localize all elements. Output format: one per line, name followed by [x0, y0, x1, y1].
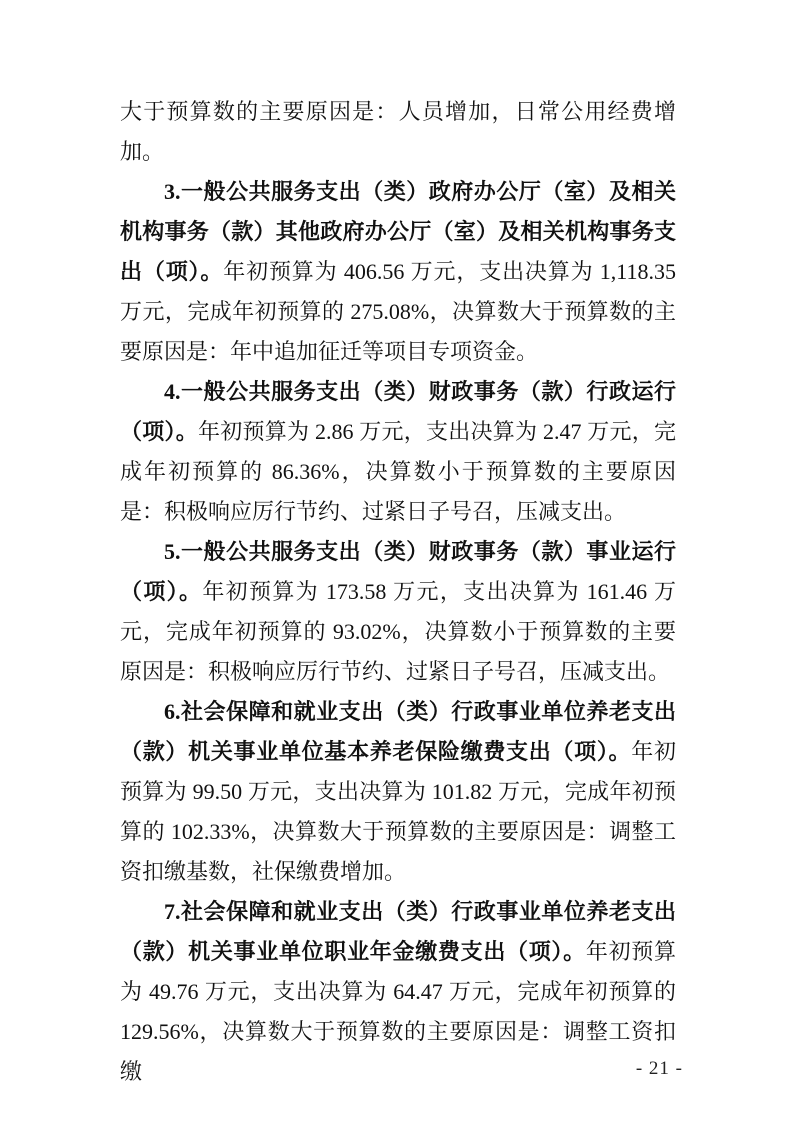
paragraph: 3.一般公共服务支出（类）政府办公厅（室）及相关机构事务（款）其他政府办公厅（室… [120, 172, 676, 372]
paragraph-text: 年初预算为 173.58 万元，支出决算为 161.46 万元，完成年初预算的 … [120, 579, 676, 684]
paragraph: 6.社会保障和就业支出（类）行政事业单位养老支出（款）机关事业单位基本养老保险缴… [120, 692, 676, 892]
paragraph: 7.社会保障和就业支出（类）行政事业单位养老支出（款）机关事业单位职业年金缴费支… [120, 892, 676, 1092]
document-page: 大于预算数的主要原因是：人员增加，日常公用经费增加。3.一般公共服务支出（类）政… [0, 0, 793, 1122]
paragraph: 大于预算数的主要原因是：人员增加，日常公用经费增加。 [120, 92, 676, 172]
paragraph-text: 年初预算为 2.86 万元，支出决算为 2.47 万元，完成年初预算的 86.3… [120, 419, 676, 524]
paragraph: 5.一般公共服务支出（类）财政事务（款）事业运行（项）。年初预算为 173.58… [120, 532, 676, 692]
paragraph-text: 大于预算数的主要原因是：人员增加，日常公用经费增加。 [120, 99, 676, 164]
document-body: 大于预算数的主要原因是：人员增加，日常公用经费增加。3.一般公共服务支出（类）政… [120, 92, 676, 1092]
paragraph-lead-bold: 6.社会保障和就业支出（类）行政事业单位养老支出（款）机关事业单位基本养老保险缴… [120, 699, 676, 764]
page-number: - 21 - [636, 1058, 683, 1080]
paragraph: 4.一般公共服务支出（类）财政事务（款）行政运行（项）。年初预算为 2.86 万… [120, 372, 676, 532]
